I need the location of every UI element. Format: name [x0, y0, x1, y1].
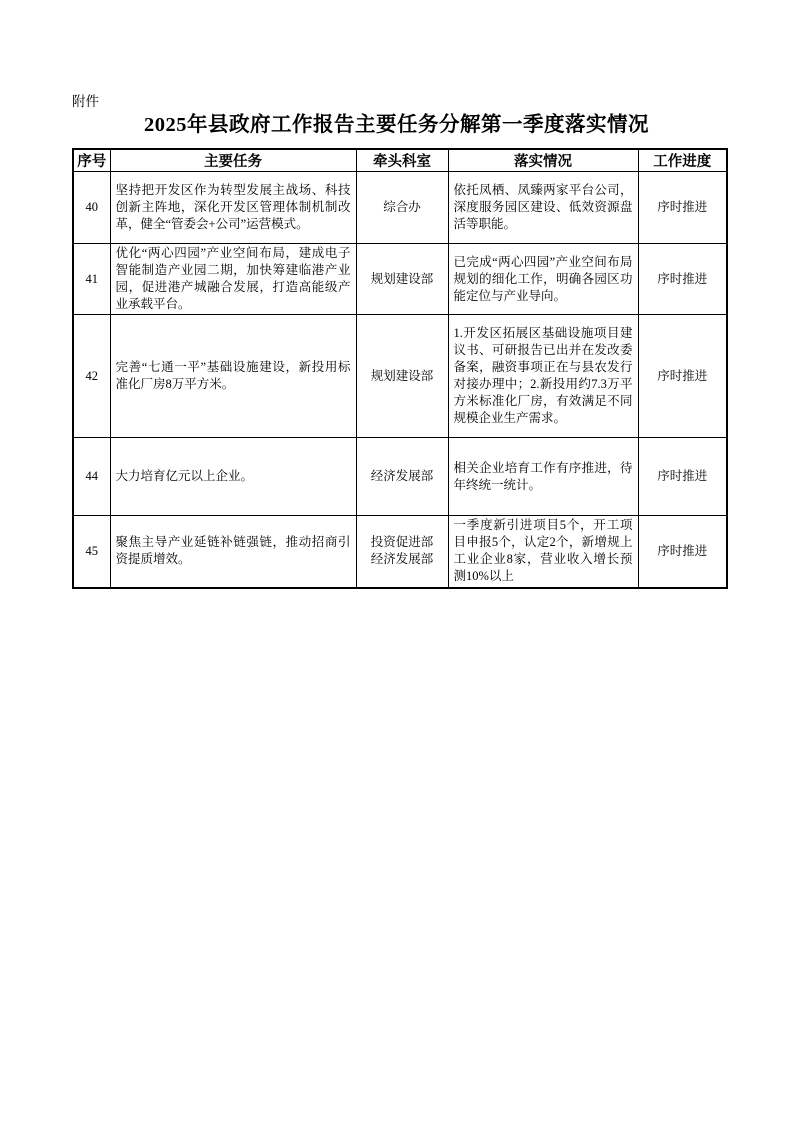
cell-progress: 序时推进 — [638, 244, 727, 315]
cell-task: 聚焦主导产业延链补链强链，推动招商引资提质增效。 — [110, 516, 356, 588]
tasks-table: 序号 主要任务 牵头科室 落实情况 工作进度 40 坚持把开发区作为转型发展主战… — [72, 148, 728, 589]
cell-no: 40 — [73, 172, 110, 244]
table-row: 45 聚焦主导产业延链补链强链，推动招商引资提质增效。 投资促进部 经济发展部 … — [73, 516, 727, 588]
cell-department: 规划建设部 — [356, 315, 448, 438]
table-header-row: 序号 主要任务 牵头科室 落实情况 工作进度 — [73, 149, 727, 172]
cell-task: 大力培育亿元以上企业。 — [110, 438, 356, 516]
header-cell-task: 主要任务 — [110, 149, 356, 172]
cell-department: 综合办 — [356, 172, 448, 244]
page-title: 2025年县政府工作报告主要任务分解第一季度落实情况 — [0, 107, 793, 137]
cell-no: 44 — [73, 438, 110, 516]
cell-progress: 序时推进 — [638, 315, 727, 438]
cell-task: 优化“两心四园”产业空间布局，建成电子智能制造产业园二期，加快筹建临港产业园，促… — [110, 244, 356, 315]
cell-progress: 序时推进 — [638, 172, 727, 244]
cell-task: 完善“七通一平”基础设施建设，新投用标准化厂房8万平方米。 — [110, 315, 356, 438]
header-cell-status: 落实情况 — [448, 149, 638, 172]
cell-no: 42 — [73, 315, 110, 438]
cell-status: 依托凤栖、凤臻两家平台公司，深度服务园区建设、低效资源盘活等职能。 — [448, 172, 638, 244]
table-row: 41 优化“两心四园”产业空间布局，建成电子智能制造产业园二期，加快筹建临港产业… — [73, 244, 727, 315]
table-row: 44 大力培育亿元以上企业。 经济发展部 相关企业培育工作有序推进，待年终统一统… — [73, 438, 727, 516]
cell-no: 45 — [73, 516, 110, 588]
cell-department: 经济发展部 — [356, 438, 448, 516]
cell-task: 坚持把开发区作为转型发展主战场、科技创新主阵地，深化开发区管理体制机制改革，健全… — [110, 172, 356, 244]
cell-no: 41 — [73, 244, 110, 315]
cell-department: 规划建设部 — [356, 244, 448, 315]
cell-status: 相关企业培育工作有序推进，待年终统一统计。 — [448, 438, 638, 516]
cell-status: 已完成“两心四园”产业空间布局规划的细化工作，明确各园区功能定位与产业导向。 — [448, 244, 638, 315]
cell-status: 1.开发区拓展区基础设施项目建议书、可研报告已出并在发改委备案，融资事项正在与县… — [448, 315, 638, 438]
cell-progress: 序时推进 — [638, 438, 727, 516]
table-row: 42 完善“七通一平”基础设施建设，新投用标准化厂房8万平方米。 规划建设部 1… — [73, 315, 727, 438]
table-row: 40 坚持把开发区作为转型发展主战场、科技创新主阵地，深化开发区管理体制机制改革… — [73, 172, 727, 244]
header-cell-progress: 工作进度 — [638, 149, 727, 172]
header-cell-no: 序号 — [73, 149, 110, 172]
cell-department: 投资促进部 经济发展部 — [356, 516, 448, 588]
header-cell-department: 牵头科室 — [356, 149, 448, 172]
cell-status: 一季度新引进项目5个，开工项目申报5个，认定2个，新增规上工业企业8家，营业收入… — [448, 516, 638, 588]
cell-progress: 序时推进 — [638, 516, 727, 588]
